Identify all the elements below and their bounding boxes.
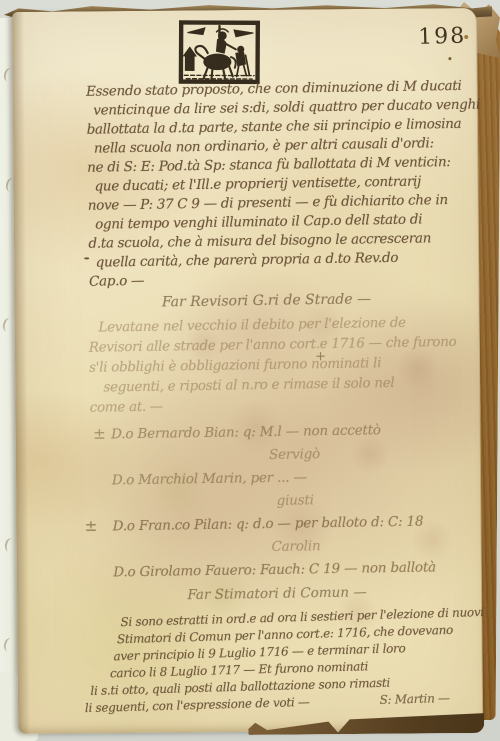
margin-cross-mark: ±	[84, 517, 97, 535]
nominee-text: D.o Marchiol Marin, per ... —	[112, 469, 307, 488]
nominee-list: ± D.o Bernardo Bian: q: M.l — non accett…	[111, 421, 479, 588]
ink-dot	[448, 57, 451, 60]
nominee-text: giusti	[277, 492, 314, 509]
paragraph-resolution: Essendo stato proposto, che con diminuzi…	[86, 77, 479, 292]
dark-torn-bottom-edge	[248, 712, 484, 735]
horseman-woodcut-stamp	[178, 20, 260, 84]
ghost-writing-mark	[1, 317, 15, 333]
margin-cross-mark: ±	[93, 425, 106, 443]
signature: S: Martin —	[373, 690, 450, 709]
paragraph-stimatori: Si sono estratti in ord.e ad ora li sest…	[76, 604, 483, 717]
nominee-text: D.o Bernardo Bian: q: M.l — non accettò	[111, 422, 381, 442]
ghost-writing-mark	[3, 537, 17, 553]
manuscript-page: 198 Essendo stato proposto, che con dimi…	[12, 8, 483, 734]
page-number: 198	[418, 24, 467, 50]
nominee-text: Carolin	[271, 538, 320, 555]
ink-dot	[464, 35, 468, 39]
paragraph-revisori: Levatane nel vecchio il debito per l'ele…	[88, 312, 478, 418]
insertion-mark: +	[315, 349, 326, 364]
nominee-text: Servigò	[269, 446, 320, 463]
manuscript-photo: 198 Essendo stato proposto, che con dimi…	[0, 0, 500, 741]
ghost-writing-mark	[2, 637, 16, 653]
